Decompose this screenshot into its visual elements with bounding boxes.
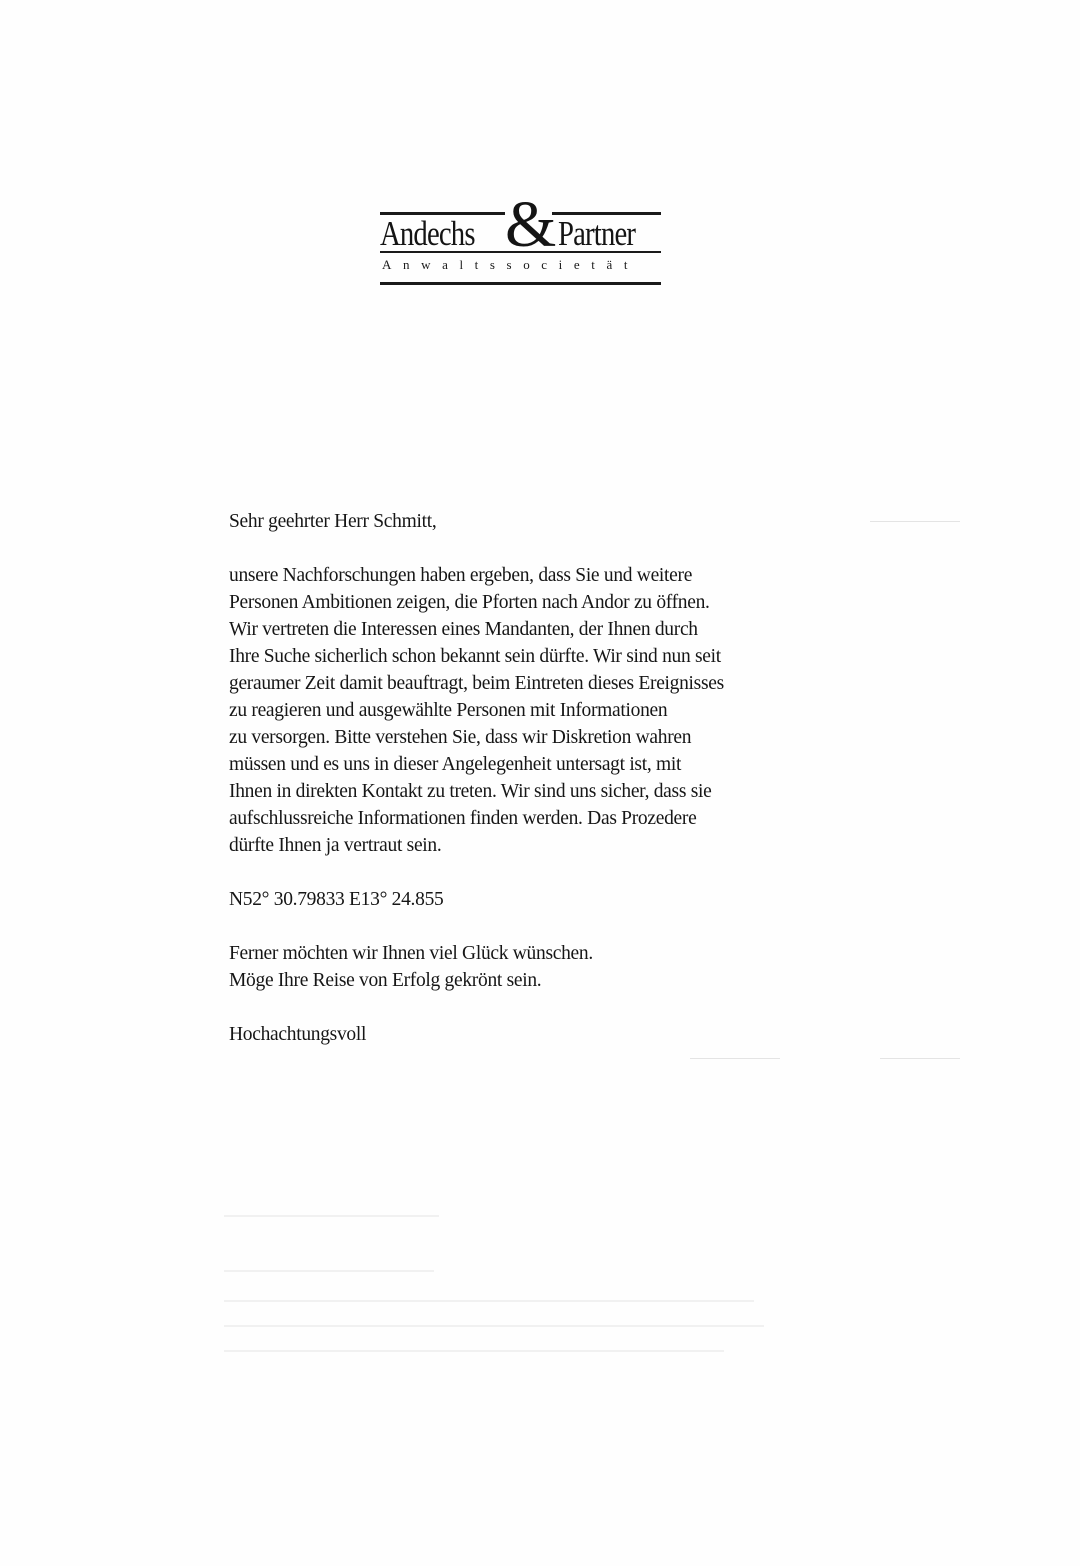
letter-body: Sehr geehrter Herr Schmitt, unsere Nachf…: [229, 508, 849, 1048]
closing-line: Möge Ihre Reise von Erfolg gekrönt sein.: [229, 967, 849, 994]
body-line: Wir vertreten die Interessen eines Manda…: [229, 616, 849, 643]
body-line: aufschlussreiche Informationen finden we…: [229, 805, 849, 832]
body-line: geraumer Zeit damit beauftragt, beim Ein…: [229, 670, 849, 697]
body-line: Personen Ambitionen zeigen, die Pforten …: [229, 589, 849, 616]
letterhead-rule-bottom: [380, 282, 661, 285]
body-line: Ihnen in direkten Kontakt zu treten. Wir…: [229, 778, 849, 805]
body-line: müssen und es uns in dieser Angelegenhei…: [229, 751, 849, 778]
closing-line: Ferner möchten wir Ihnen viel Glück wüns…: [229, 940, 849, 967]
body-line: zu reagieren und ausgewählte Personen mi…: [229, 697, 849, 724]
body-line: zu versorgen. Bitte verstehen Sie, dass …: [229, 724, 849, 751]
firm-name-right: Partner: [558, 216, 635, 252]
salutation: Sehr geehrter Herr Schmitt,: [229, 508, 849, 535]
letter-page: Andechs & Partner Anwaltssocietät Sehr g…: [0, 0, 1080, 1566]
spacer: [229, 994, 849, 1021]
body-line: dürfte Ihnen ja vertraut sein.: [229, 832, 849, 859]
firm-ampersand: &: [505, 192, 556, 258]
body-line: unsere Nachforschungen haben ergeben, da…: [229, 562, 849, 589]
fold-mark: [870, 521, 960, 522]
firm-subtitle: Anwaltssocietät: [382, 257, 660, 273]
firm-name-left: Andechs: [380, 216, 475, 252]
body-line: Ihre Suche sicherlich schon bekannt sein…: [229, 643, 849, 670]
main-paragraph: unsere Nachforschungen haben ergeben, da…: [229, 562, 849, 859]
closing-paragraph: Ferner möchten wir Ihnen viel Glück wüns…: [229, 940, 849, 994]
fold-mark: [690, 1058, 780, 1059]
gps-coordinates: N52° 30.79833 E13° 24.855: [229, 886, 849, 913]
letterhead-rule-middle: [380, 251, 661, 253]
spacer: [229, 913, 849, 940]
fold-mark: [880, 1058, 960, 1059]
spacer: [229, 859, 849, 886]
letterhead-logo: Andechs & Partner Anwaltssocietät: [380, 190, 661, 290]
signoff: Hochachtungsvoll: [229, 1021, 849, 1048]
